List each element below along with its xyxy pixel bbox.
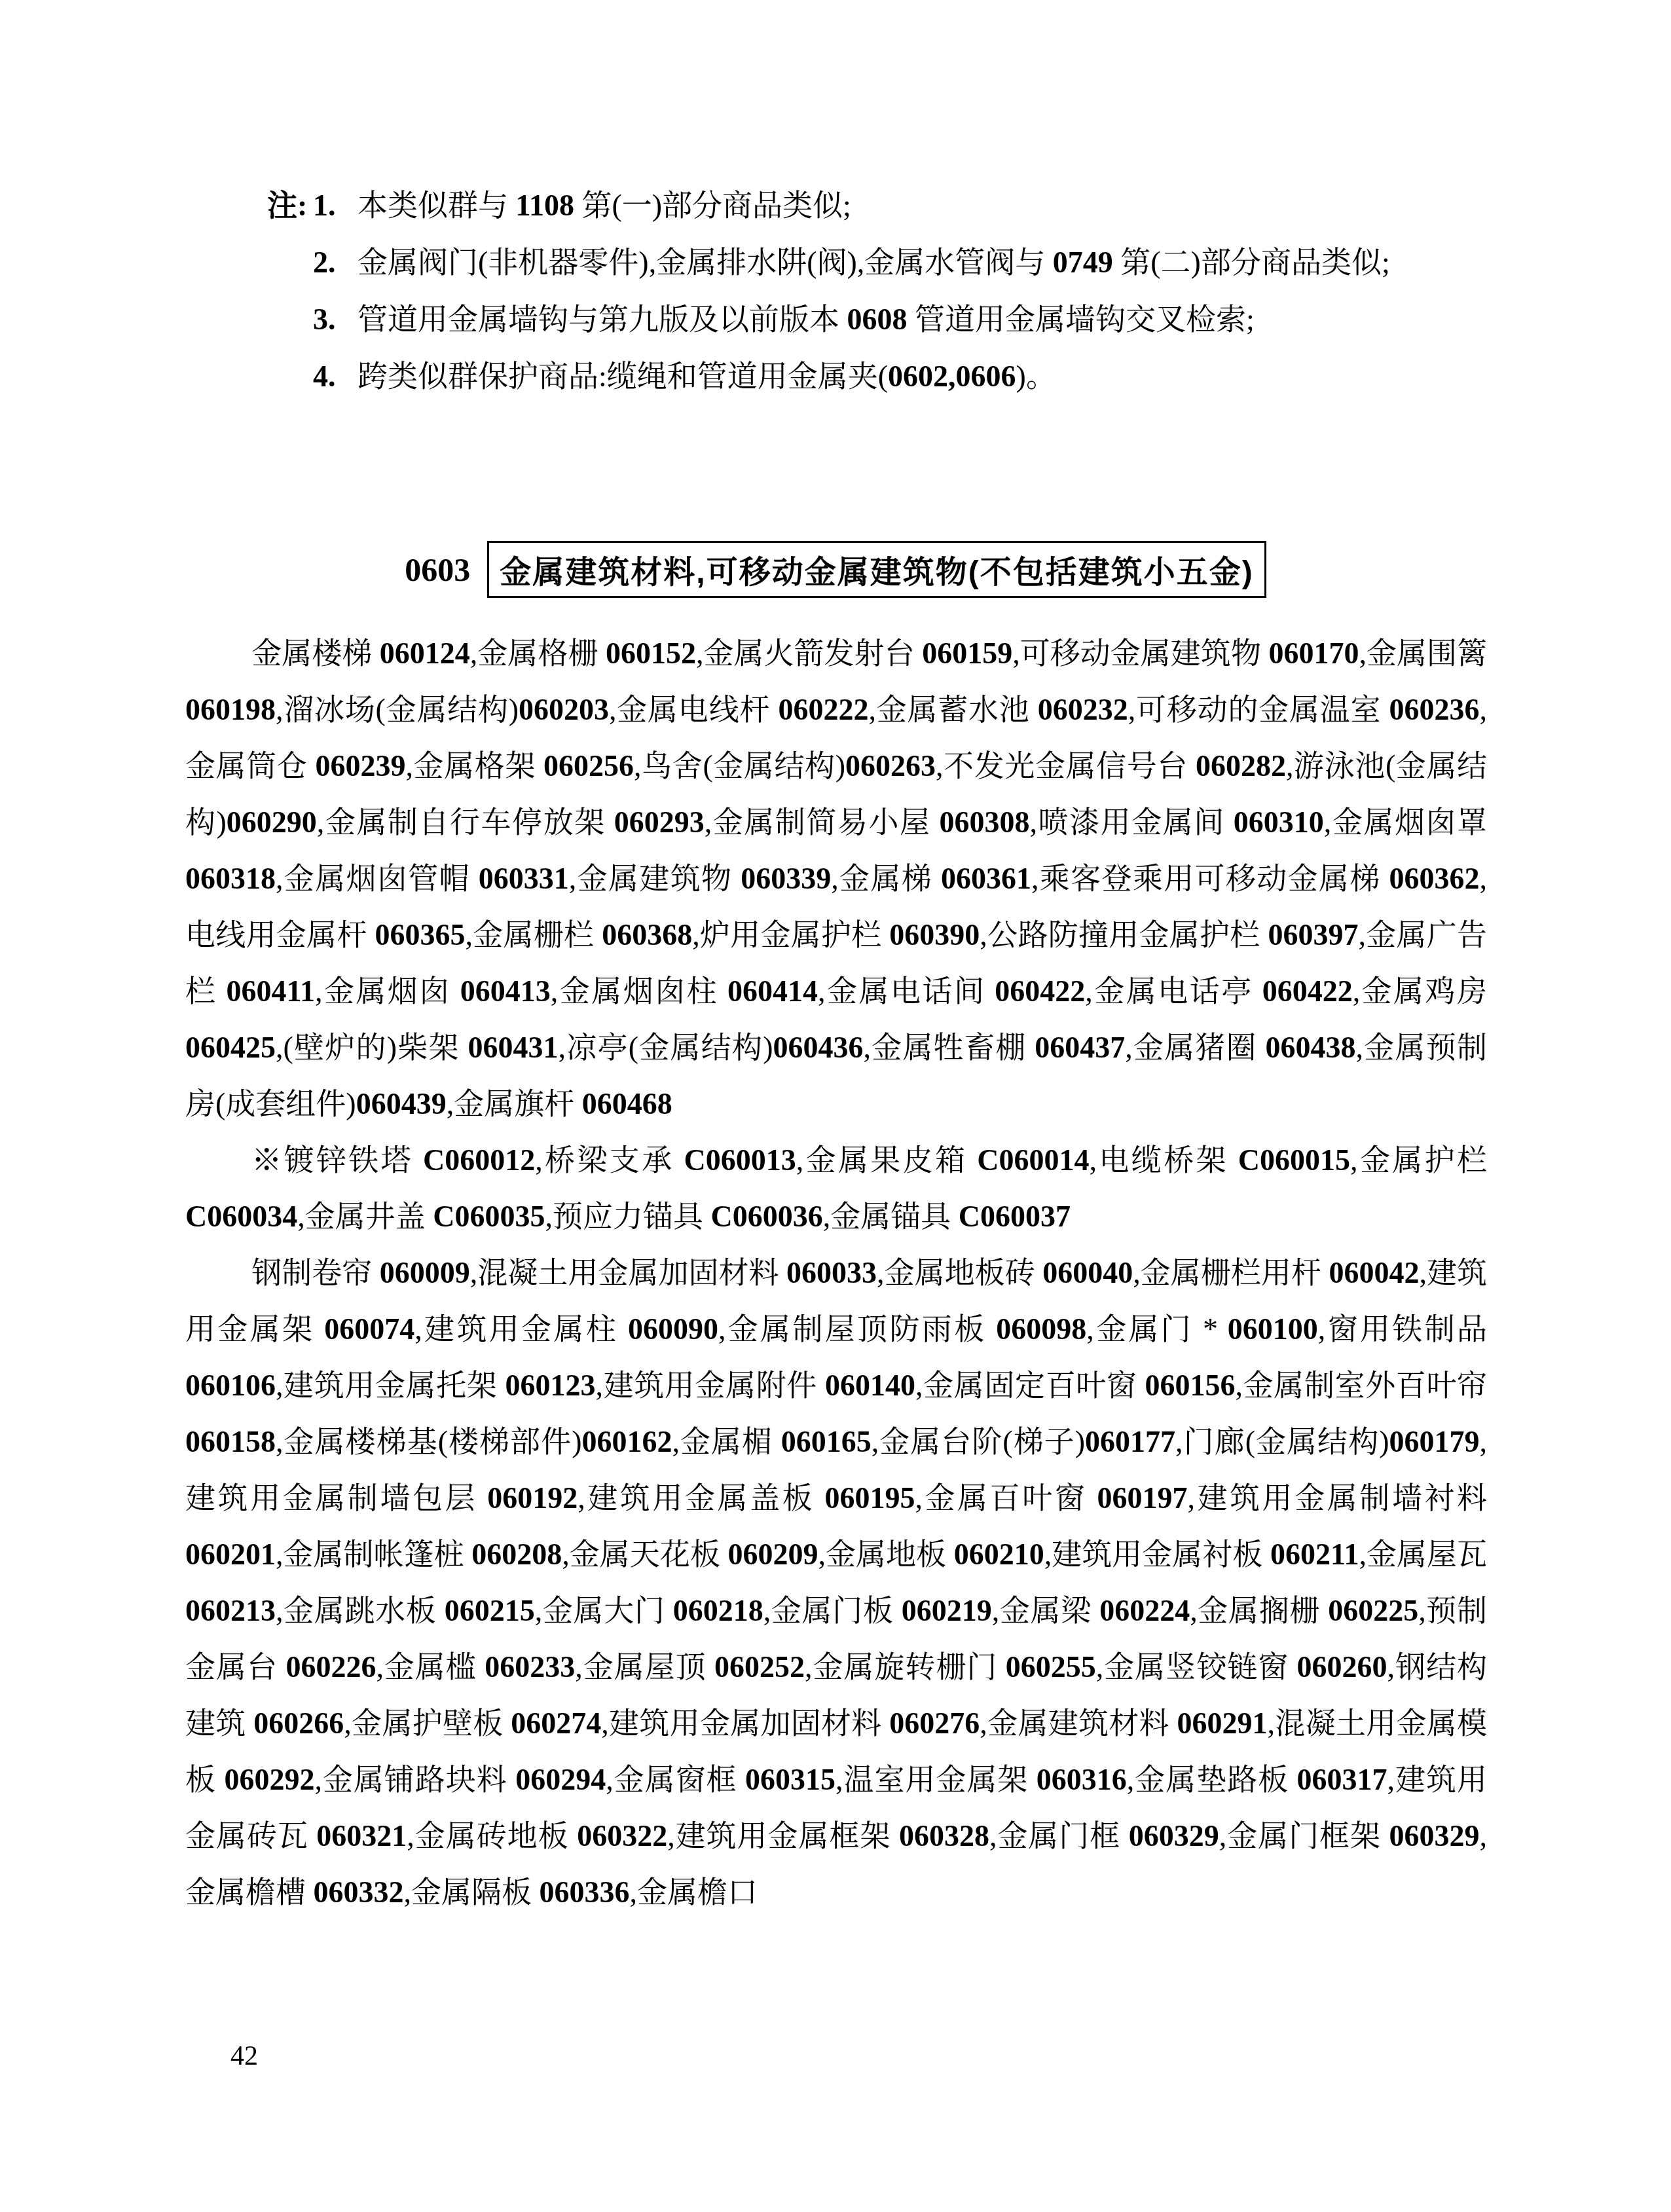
note-number: 1. [313, 177, 358, 234]
notes-label: 注: [267, 177, 313, 234]
document-page: 注: 1. 本类似群与 1108 第(一)部分商品类似; 2. 金属阀门(非机器… [0, 0, 1671, 2212]
note-number: 2. [313, 234, 358, 291]
goods-paragraph-supplemental: ※镀锌铁塔 C060012,桥梁支承 C060013,金属果皮箱 C060014… [185, 1132, 1487, 1245]
goods-paragraph-continued: 钢制卷帘 060009,混凝土用金属加固材料 060033,金属地板砖 0600… [185, 1245, 1487, 1921]
section-header: 0603 金属建筑材料,可移动金属建筑物(不包括建筑小五金) [0, 541, 1671, 598]
note-text: 本类似群与 1108 第(一)部分商品类似; [358, 177, 1486, 234]
goods-list: 金属楼梯 060124,金属格栅 060152,金属火箭发射台 060159,可… [185, 625, 1487, 1921]
note-number: 3. [313, 291, 358, 348]
note-item: 4. 跨类似群保护商品:缆绳和管道用金属夹(0602,0606)。 [267, 348, 1486, 405]
note-text: 跨类似群保护商品:缆绳和管道用金属夹(0602,0606)。 [358, 348, 1486, 405]
note-text: 金属阀门(非机器零件),金属排水阱(阀),金属水管阀与 0749 第(二)部分商… [358, 234, 1486, 291]
goods-paragraph-standard: 金属楼梯 060124,金属格栅 060152,金属火箭发射台 060159,可… [185, 625, 1487, 1132]
note-item: 注: 1. 本类似群与 1108 第(一)部分商品类似; [267, 177, 1486, 234]
note-item: 3. 管道用金属墙钩与第九版及以前版本 0608 管道用金属墙钩交叉检索; [267, 291, 1486, 348]
section-code: 0603 [405, 551, 470, 589]
notes-section: 注: 1. 本类似群与 1108 第(一)部分商品类似; 2. 金属阀门(非机器… [267, 177, 1486, 405]
note-item: 2. 金属阀门(非机器零件),金属排水阱(阀),金属水管阀与 0749 第(二)… [267, 234, 1486, 291]
section-title: 金属建筑材料,可移动金属建筑物(不包括建筑小五金) [487, 541, 1266, 598]
note-number: 4. [313, 348, 358, 405]
note-text: 管道用金属墙钩与第九版及以前版本 0608 管道用金属墙钩交叉检索; [358, 291, 1486, 348]
page-number: 42 [230, 2040, 258, 2072]
